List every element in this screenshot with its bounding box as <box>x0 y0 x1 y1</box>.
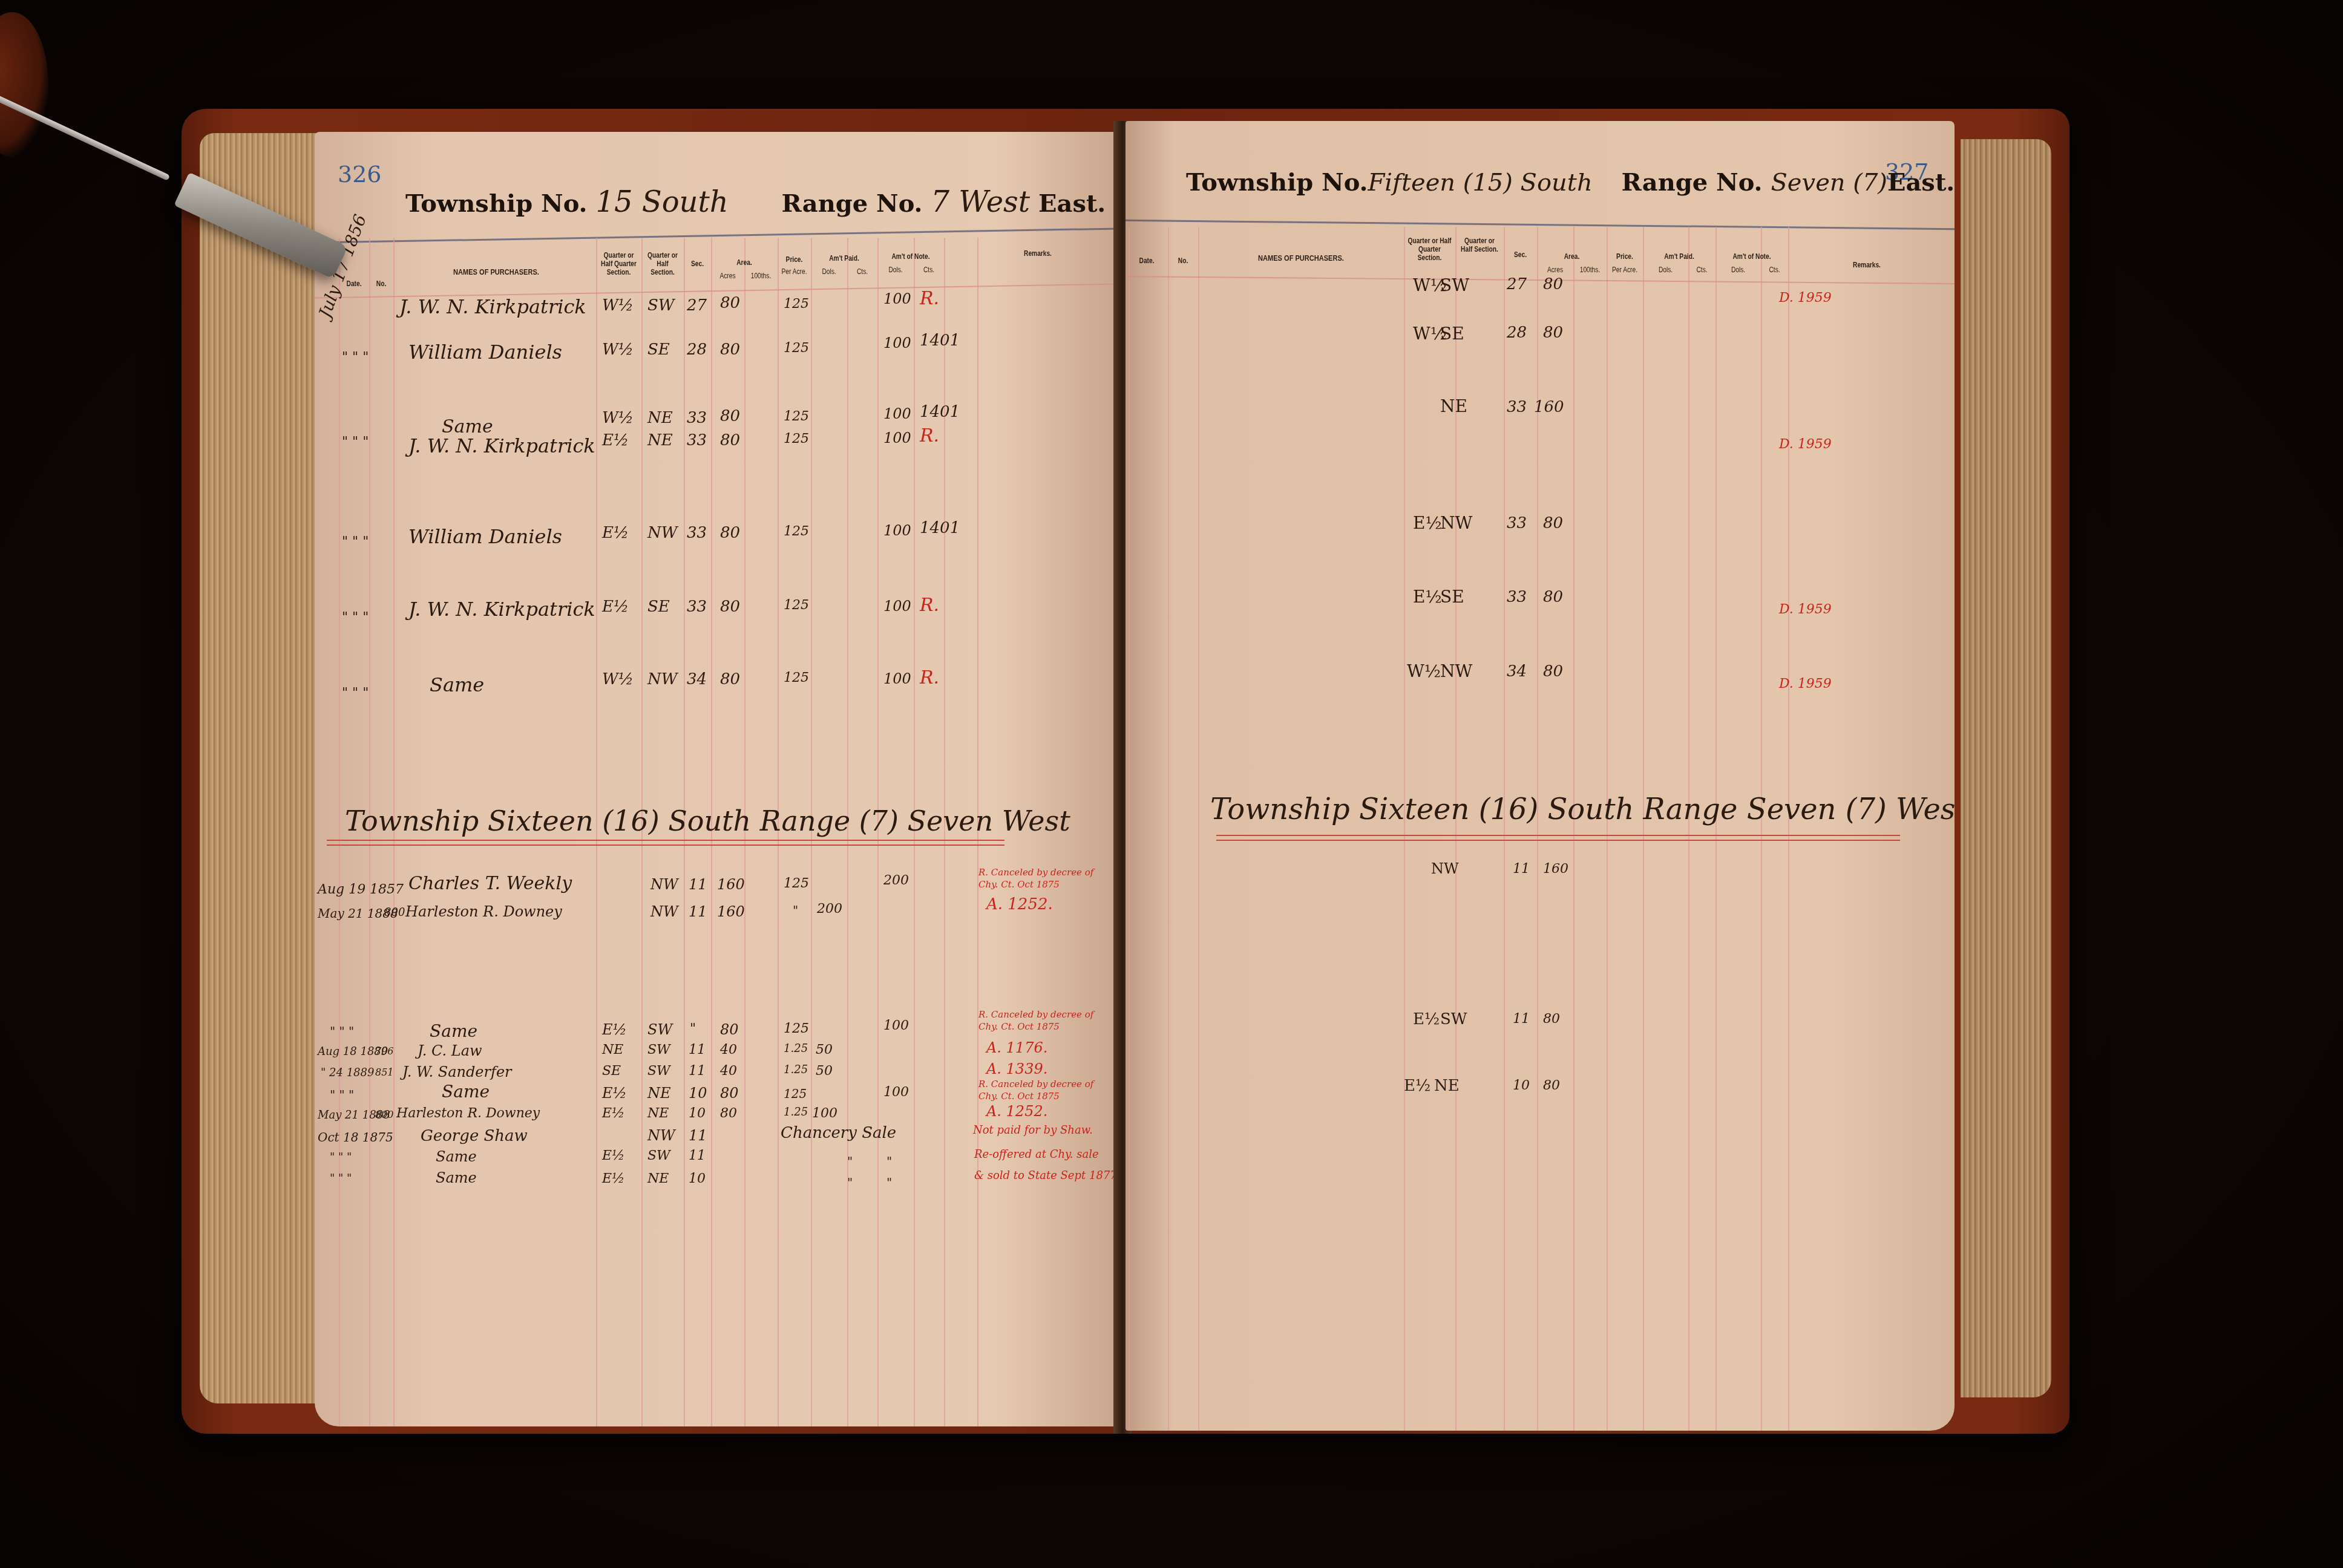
range-label: Range No. <box>1622 168 1763 197</box>
rule <box>1788 227 1789 1431</box>
col-paid-cts: Cts. <box>850 268 876 276</box>
right-page: 327 Township No.Fifteen (15) South Range… <box>1126 121 1955 1431</box>
col-no: No. <box>371 280 392 289</box>
col-qq: Quarter or Half Quarter Section. <box>600 252 638 276</box>
rule <box>1761 227 1762 1431</box>
rule <box>1129 227 1130 1431</box>
rule <box>1607 227 1608 1431</box>
section-heading: Township Sixteen (16) South Range (7) Se… <box>345 805 1070 837</box>
col-per-acre: Per Acre. <box>1610 266 1640 275</box>
col-q: Quarter or Half Section. <box>644 252 681 276</box>
col-acres: Acres <box>713 272 742 281</box>
col-price: Price. <box>780 256 808 264</box>
rule <box>1198 227 1199 1431</box>
range-suffix: East. <box>1038 189 1106 218</box>
col-note: Am't of Note. <box>1721 253 1783 261</box>
col-sec: Sec. <box>686 260 709 269</box>
township-value: 15 South <box>595 185 728 219</box>
rule <box>339 238 340 1426</box>
rule <box>1688 227 1689 1431</box>
page-edges-right <box>1961 139 2051 1397</box>
section-heading-underline <box>1216 835 1900 841</box>
col-paid-dols: Dols. <box>814 268 845 276</box>
header-rule <box>315 227 1119 243</box>
col-note-dols: Dols. <box>880 266 911 275</box>
left-page: 326 Township No. 15 South Range No. 7 We… <box>315 132 1119 1426</box>
col-names: NAMES OF PURCHASERS. <box>414 268 578 277</box>
col-100ths: 100ths. <box>1576 266 1604 275</box>
section-heading: Township Sixteen (16) South Range Seven … <box>1210 792 1955 826</box>
col-remarks: Remarks. <box>1800 261 1934 270</box>
rule <box>1168 227 1169 1431</box>
col-qq: Quarter or Half Quarter Section. <box>1407 237 1451 262</box>
rule <box>1404 227 1405 1431</box>
range-value: Seven (7) <box>1771 169 1887 197</box>
hand <box>0 12 48 157</box>
header-rule <box>1126 220 1955 230</box>
col-sec: Sec. <box>1506 251 1535 260</box>
page-header: Township No.Fifteen (15) South Range No.… <box>1186 168 1955 197</box>
col-names: NAMES OF PURCHASERS. <box>1219 254 1383 263</box>
range-suffix: East. <box>1887 168 1955 197</box>
section-heading-underline <box>327 840 1004 846</box>
col-note: Am't of Note. <box>882 253 939 261</box>
col-paid-dols: Dols. <box>1647 266 1685 275</box>
township-label: Township No. <box>1186 168 1368 197</box>
col-paid-cts: Cts. <box>1690 266 1713 275</box>
col-q: Quarter or Half Section. <box>1459 237 1500 254</box>
page-number: 326 <box>338 161 382 188</box>
col-paid: Am't Paid. <box>1648 253 1710 261</box>
col-paid: Am't Paid. <box>816 255 873 263</box>
col-per-acre: Per Acre. <box>780 268 808 276</box>
township-value: Fifteen (15) South <box>1368 169 1593 197</box>
col-date: Date. <box>1129 257 1165 266</box>
col-100ths: 100ths. <box>747 272 775 281</box>
range-label: Range No. <box>782 189 923 218</box>
col-no: No. <box>1170 257 1196 266</box>
page-header: Township No. 15 South Range No. 7 West E… <box>405 185 1106 219</box>
rule <box>1504 227 1505 1431</box>
col-acres: Acres <box>1540 266 1571 275</box>
col-area: Area. <box>1542 253 1602 261</box>
rule <box>1715 227 1717 1431</box>
header-bottom-rule <box>1126 276 1955 284</box>
col-note-dols: Dols. <box>1719 266 1758 275</box>
col-area: Area. <box>716 259 773 267</box>
range-value: 7 West <box>931 185 1030 219</box>
township-label: Township No. <box>405 189 588 218</box>
col-note-cts: Cts. <box>916 266 942 275</box>
col-remarks: Remarks. <box>986 250 1089 258</box>
col-price: Price. <box>1610 253 1640 261</box>
rule <box>1643 227 1644 1431</box>
col-note-cts: Cts. <box>1763 266 1786 275</box>
rule <box>1573 227 1575 1431</box>
